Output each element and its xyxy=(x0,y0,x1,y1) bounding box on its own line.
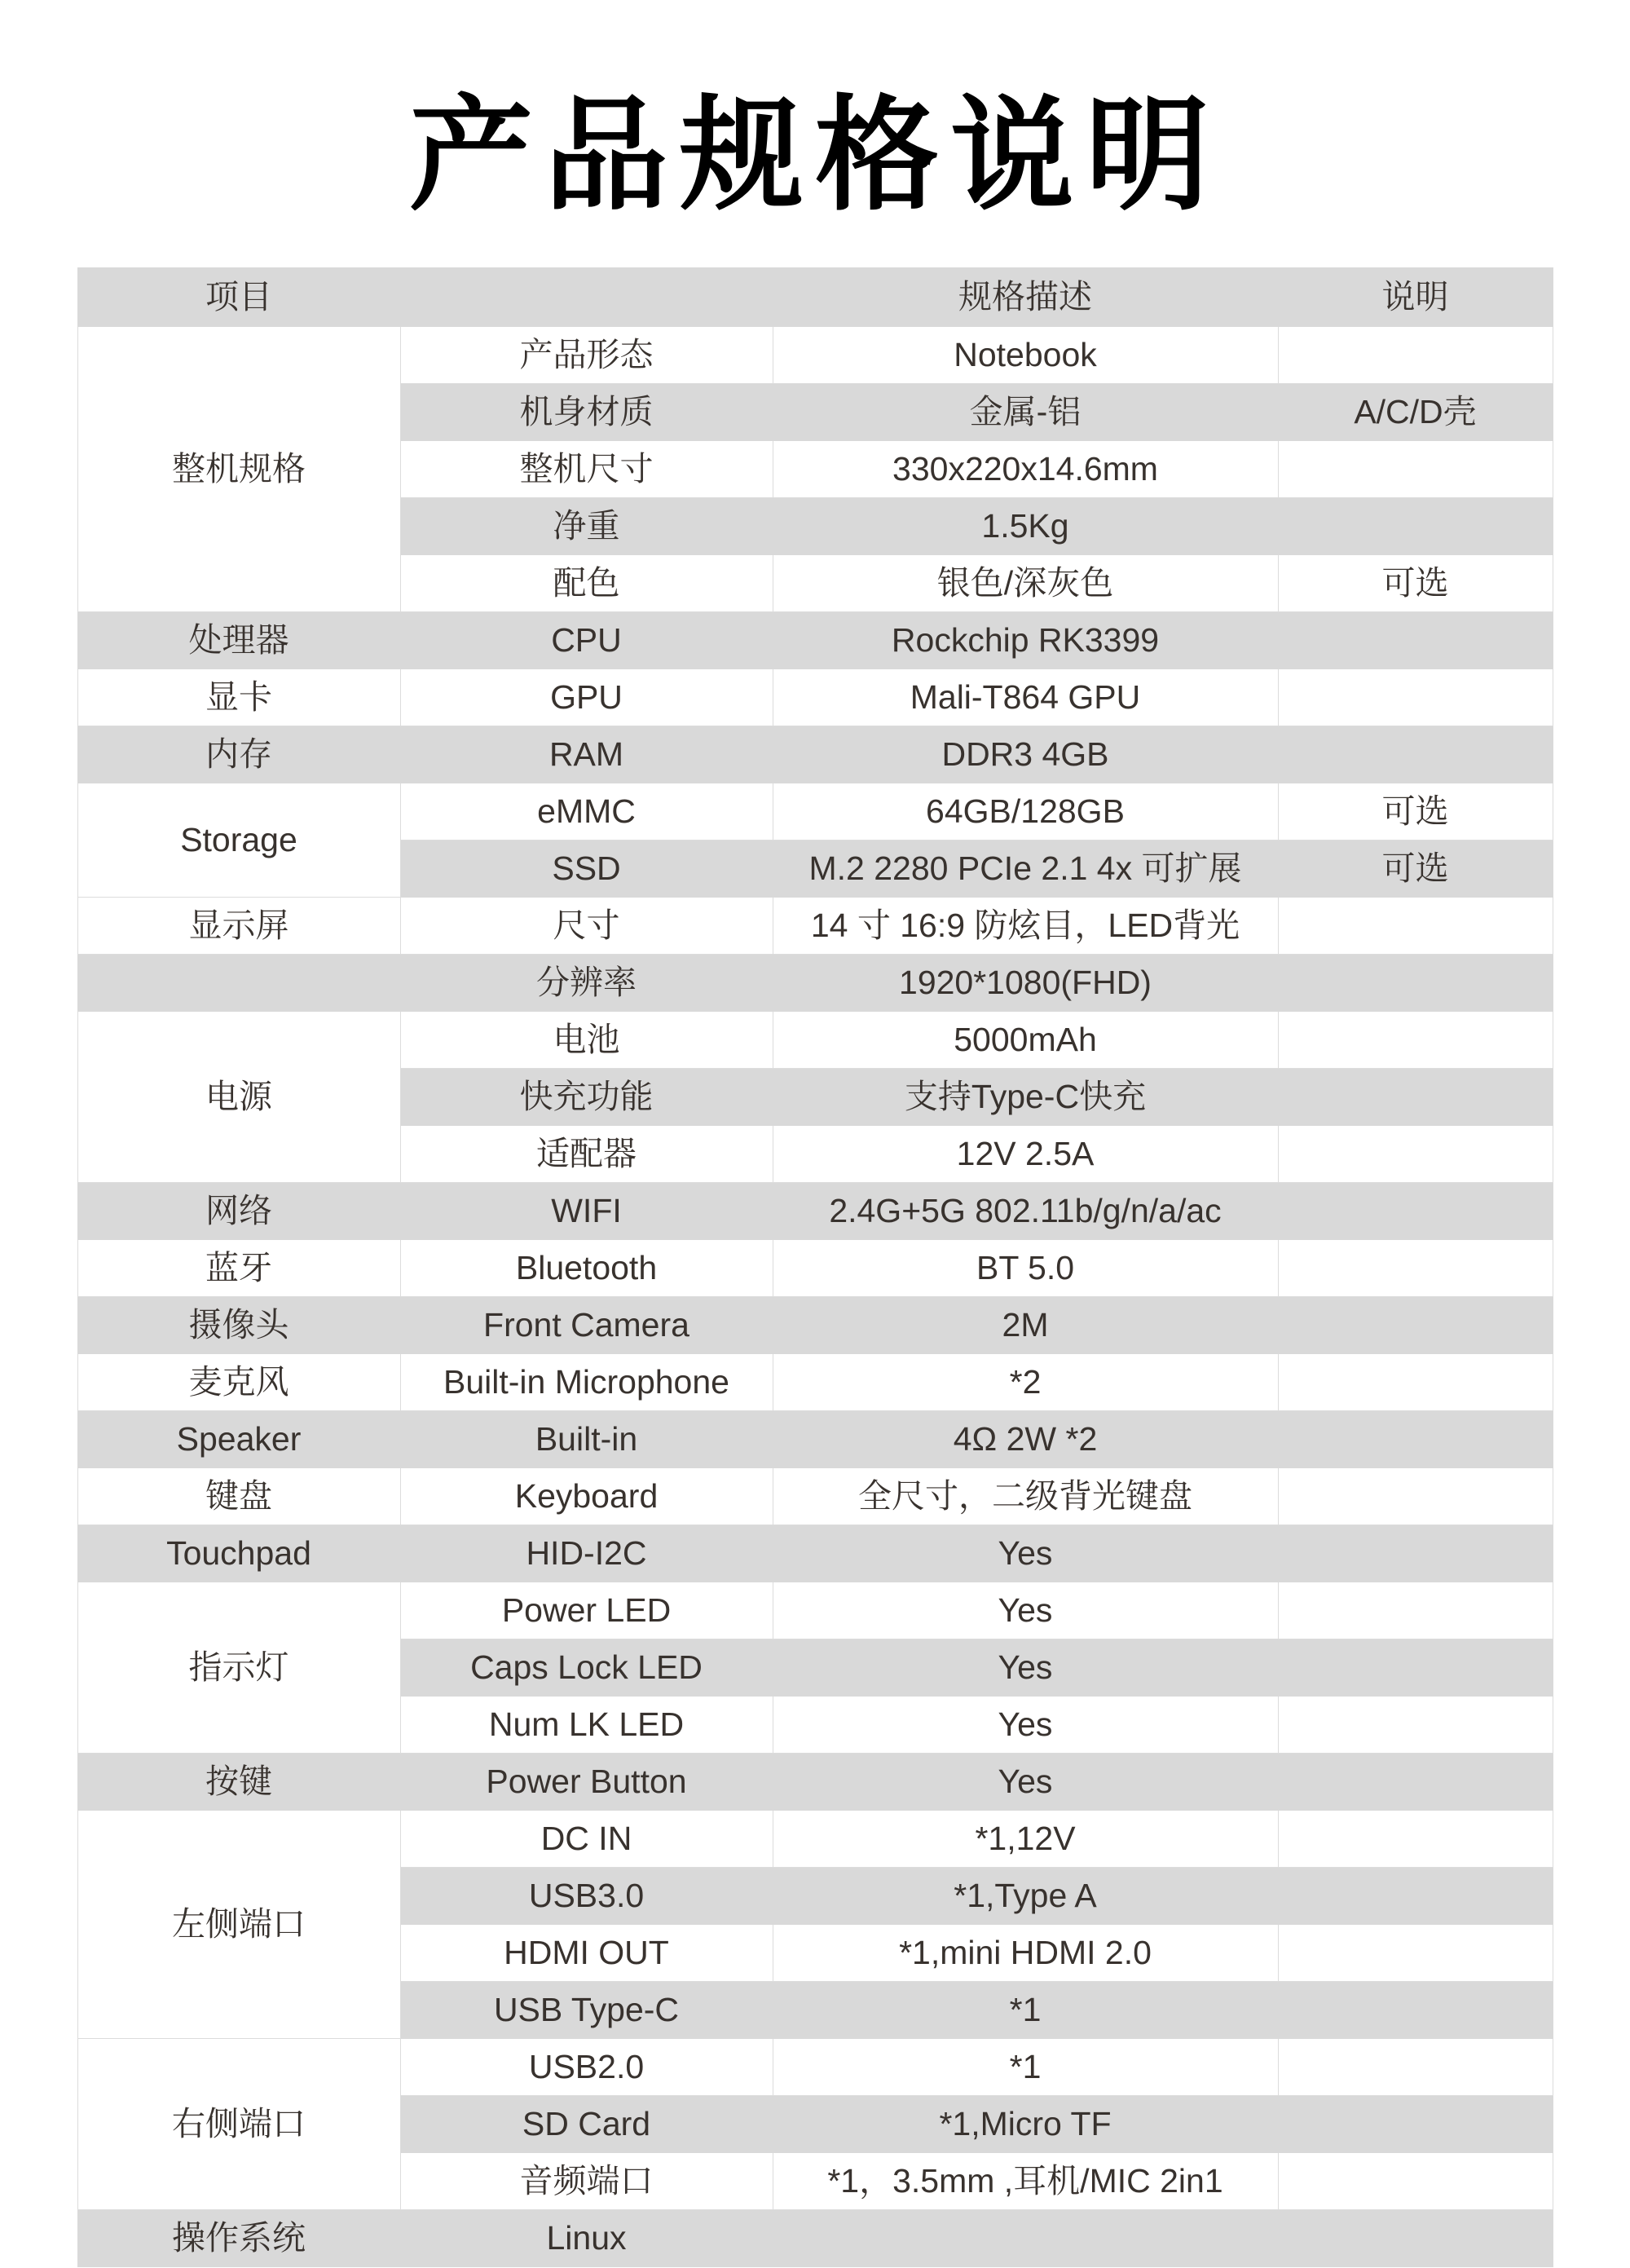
note-cell xyxy=(1278,2152,1553,2209)
item-cell: eMMC xyxy=(400,783,773,840)
note-cell xyxy=(1278,2038,1553,2095)
note-cell xyxy=(1278,440,1553,497)
table-row: 显卡GPUMali-T864 GPU xyxy=(77,668,1553,726)
item-cell: 净重 xyxy=(400,497,773,554)
table-row: 显示屏尺寸14 寸 16:9 防炫目，LED背光 xyxy=(77,897,1553,954)
value-cell: 14 寸 16:9 防炫目，LED背光 xyxy=(773,897,1278,954)
group-cell: 右侧端口 xyxy=(77,2038,400,2209)
note-cell: A/C/D壳 xyxy=(1278,383,1553,440)
value-cell: 12V 2.5A xyxy=(773,1125,1278,1182)
group-cell: 指示灯 xyxy=(77,1582,400,1753)
table-row: 内存RAMDDR3 4GB xyxy=(77,726,1553,783)
note-cell xyxy=(1278,726,1553,783)
note-cell xyxy=(1278,897,1553,954)
item-cell: Caps Lock LED xyxy=(400,1639,773,1696)
value-cell: Rockchip RK3399 xyxy=(773,611,1278,668)
col-header-subitem xyxy=(400,267,773,326)
note-cell xyxy=(1278,1639,1553,1696)
table-row: 整机规格产品形态Notebook xyxy=(77,326,1553,383)
item-cell: 适配器 xyxy=(400,1125,773,1182)
item-cell: USB3.0 xyxy=(400,1867,773,1924)
table-row: 左侧端口DC IN*1,12V xyxy=(77,1810,1553,1867)
value-cell: *1 xyxy=(773,1981,1278,2038)
value-cell: *2 xyxy=(773,1353,1278,1410)
group-cell: 操作系统 xyxy=(77,2209,400,2266)
note-cell xyxy=(1278,1125,1553,1182)
note-cell: 可选 xyxy=(1278,840,1553,897)
item-cell: Linux xyxy=(400,2209,773,2266)
value-cell: DDR3 4GB xyxy=(773,726,1278,783)
note-cell xyxy=(1278,1810,1553,1867)
note-cell xyxy=(1278,1696,1553,1753)
item-cell: 分辨率 xyxy=(400,954,773,1011)
value-cell: 1920*1080(FHD) xyxy=(773,954,1278,1011)
group-cell: 麦克风 xyxy=(77,1353,400,1410)
item-cell: Built-in xyxy=(400,1410,773,1467)
value-cell: 330x220x14.6mm xyxy=(773,440,1278,497)
note-cell xyxy=(1278,326,1553,383)
group-cell: 键盘 xyxy=(77,1467,400,1525)
table-row: 分辨率1920*1080(FHD) xyxy=(77,954,1553,1011)
group-cell: 显卡 xyxy=(77,668,400,726)
item-cell: Built-in Microphone xyxy=(400,1353,773,1410)
group-cell: 蓝牙 xyxy=(77,1239,400,1296)
group-cell: 处理器 xyxy=(77,611,400,668)
note-cell xyxy=(1278,1239,1553,1296)
item-cell: WIFI xyxy=(400,1182,773,1239)
note-cell xyxy=(1278,497,1553,554)
value-cell: 5000mAh xyxy=(773,1011,1278,1068)
group-cell: Touchpad xyxy=(77,1525,400,1582)
col-header-note: 说明 xyxy=(1278,267,1553,326)
group-cell xyxy=(77,954,400,1011)
item-cell: USB Type-C xyxy=(400,1981,773,2038)
group-cell: 显示屏 xyxy=(77,897,400,954)
item-cell: 快充功能 xyxy=(400,1068,773,1125)
value-cell: Yes xyxy=(773,1525,1278,1582)
item-cell: DC IN xyxy=(400,1810,773,1867)
item-cell: 整机尺寸 xyxy=(400,440,773,497)
item-cell: Front Camera xyxy=(400,1296,773,1353)
note-cell: 可选 xyxy=(1278,554,1553,611)
item-cell: RAM xyxy=(400,726,773,783)
group-cell: 摄像头 xyxy=(77,1296,400,1353)
value-cell: 银色/深灰色 xyxy=(773,554,1278,611)
group-cell: Speaker xyxy=(77,1410,400,1467)
note-cell xyxy=(1278,954,1553,1011)
item-cell: 电池 xyxy=(400,1011,773,1068)
table-row: 网络WIFI2.4G+5G 802.11b/g/n/a/ac xyxy=(77,1182,1553,1239)
table-row: 麦克风Built-in Microphone*2 xyxy=(77,1353,1553,1410)
table-row: TouchpadHID-I2CYes xyxy=(77,1525,1553,1582)
item-cell: Num LK LED xyxy=(400,1696,773,1753)
item-cell: 尺寸 xyxy=(400,897,773,954)
note-cell xyxy=(1278,2095,1553,2152)
table-row: 右侧端口USB2.0*1 xyxy=(77,2038,1553,2095)
spec-table: 项目 规格描述 说明 整机规格产品形态Notebook机身材质金属-铝A/C/D… xyxy=(77,267,1553,2267)
table-header-row: 项目 规格描述 说明 xyxy=(77,267,1553,326)
value-cell: *1,mini HDMI 2.0 xyxy=(773,1924,1278,1981)
spec-table-header: 项目 规格描述 说明 xyxy=(77,267,1553,326)
item-cell: Keyboard xyxy=(400,1467,773,1525)
note-cell xyxy=(1278,1582,1553,1639)
value-cell: 2.4G+5G 802.11b/g/n/a/ac xyxy=(773,1182,1278,1239)
item-cell: 产品形态 xyxy=(400,326,773,383)
table-row: StorageeMMC64GB/128GB可选 xyxy=(77,783,1553,840)
note-cell xyxy=(1278,1924,1553,1981)
note-cell xyxy=(1278,668,1553,726)
value-cell: 4Ω 2W *2 xyxy=(773,1410,1278,1467)
value-cell: Yes xyxy=(773,1753,1278,1810)
group-cell: Storage xyxy=(77,783,400,897)
note-cell xyxy=(1278,1867,1553,1924)
note-cell xyxy=(1278,1068,1553,1125)
item-cell: HID-I2C xyxy=(400,1525,773,1582)
item-cell: USB2.0 xyxy=(400,2038,773,2095)
value-cell: 1.5Kg xyxy=(773,497,1278,554)
table-row: 操作系统Linux xyxy=(77,2209,1553,2266)
note-cell xyxy=(1278,1981,1553,2038)
note-cell xyxy=(1278,1525,1553,1582)
item-cell: CPU xyxy=(400,611,773,668)
item-cell: SSD xyxy=(400,840,773,897)
item-cell: Bluetooth xyxy=(400,1239,773,1296)
value-cell: *1 xyxy=(773,2038,1278,2095)
value-cell: 64GB/128GB xyxy=(773,783,1278,840)
group-cell: 电源 xyxy=(77,1011,400,1182)
table-row: 指示灯Power LEDYes xyxy=(77,1582,1553,1639)
note-cell xyxy=(1278,1182,1553,1239)
note-cell xyxy=(1278,1410,1553,1467)
item-cell: SD Card xyxy=(400,2095,773,2152)
note-cell xyxy=(1278,2209,1553,2266)
table-row: 摄像头Front Camera2M xyxy=(77,1296,1553,1353)
value-cell: *1，3.5mm ,耳机/MIC 2in1 xyxy=(773,2152,1278,2209)
table-row: 蓝牙BluetoothBT 5.0 xyxy=(77,1239,1553,1296)
note-cell xyxy=(1278,1353,1553,1410)
value-cell: Yes xyxy=(773,1696,1278,1753)
item-cell: Power LED xyxy=(400,1582,773,1639)
value-cell: *1,Micro TF xyxy=(773,2095,1278,2152)
value-cell: 全尺寸，二级背光键盘 xyxy=(773,1467,1278,1525)
group-cell: 内存 xyxy=(77,726,400,783)
table-row: 按键Power ButtonYes xyxy=(77,1753,1553,1810)
value-cell: Yes xyxy=(773,1582,1278,1639)
note-cell xyxy=(1278,611,1553,668)
spec-table-body: 整机规格产品形态Notebook机身材质金属-铝A/C/D壳整机尺寸330x22… xyxy=(77,326,1553,2266)
note-cell xyxy=(1278,1011,1553,1068)
value-cell: Notebook xyxy=(773,326,1278,383)
value-cell: 金属-铝 xyxy=(773,383,1278,440)
item-cell: 机身材质 xyxy=(400,383,773,440)
value-cell: 支持Type-C快充 xyxy=(773,1068,1278,1125)
item-cell: HDMI OUT xyxy=(400,1924,773,1981)
note-cell xyxy=(1278,1467,1553,1525)
value-cell: *1,Type A xyxy=(773,1867,1278,1924)
note-cell xyxy=(1278,1296,1553,1353)
value-cell: *1,12V xyxy=(773,1810,1278,1867)
item-cell: Power Button xyxy=(400,1753,773,1810)
item-cell: 音频端口 xyxy=(400,2152,773,2209)
value-cell: BT 5.0 xyxy=(773,1239,1278,1296)
item-cell: 配色 xyxy=(400,554,773,611)
value-cell: Yes xyxy=(773,1639,1278,1696)
value-cell: 2M xyxy=(773,1296,1278,1353)
group-cell: 按键 xyxy=(77,1753,400,1810)
note-cell xyxy=(1278,1753,1553,1810)
group-cell: 左侧端口 xyxy=(77,1810,400,2038)
item-cell: GPU xyxy=(400,668,773,726)
note-cell: 可选 xyxy=(1278,783,1553,840)
table-row: 电源电池5000mAh xyxy=(77,1011,1553,1068)
col-header-spec: 规格描述 xyxy=(773,267,1278,326)
table-row: 键盘Keyboard全尺寸，二级背光键盘 xyxy=(77,1467,1553,1525)
value-cell xyxy=(773,2209,1278,2266)
value-cell: Mali-T864 GPU xyxy=(773,668,1278,726)
table-row: 处理器CPURockchip RK3399 xyxy=(77,611,1553,668)
group-cell: 网络 xyxy=(77,1182,400,1239)
value-cell: M.2 2280 PCIe 2.1 4x 可扩展 xyxy=(773,840,1278,897)
group-cell: 整机规格 xyxy=(77,326,400,611)
page-title: 产品规格说明 xyxy=(0,72,1630,243)
table-row: SpeakerBuilt-in4Ω 2W *2 xyxy=(77,1410,1553,1467)
col-header-item: 项目 xyxy=(77,267,400,326)
